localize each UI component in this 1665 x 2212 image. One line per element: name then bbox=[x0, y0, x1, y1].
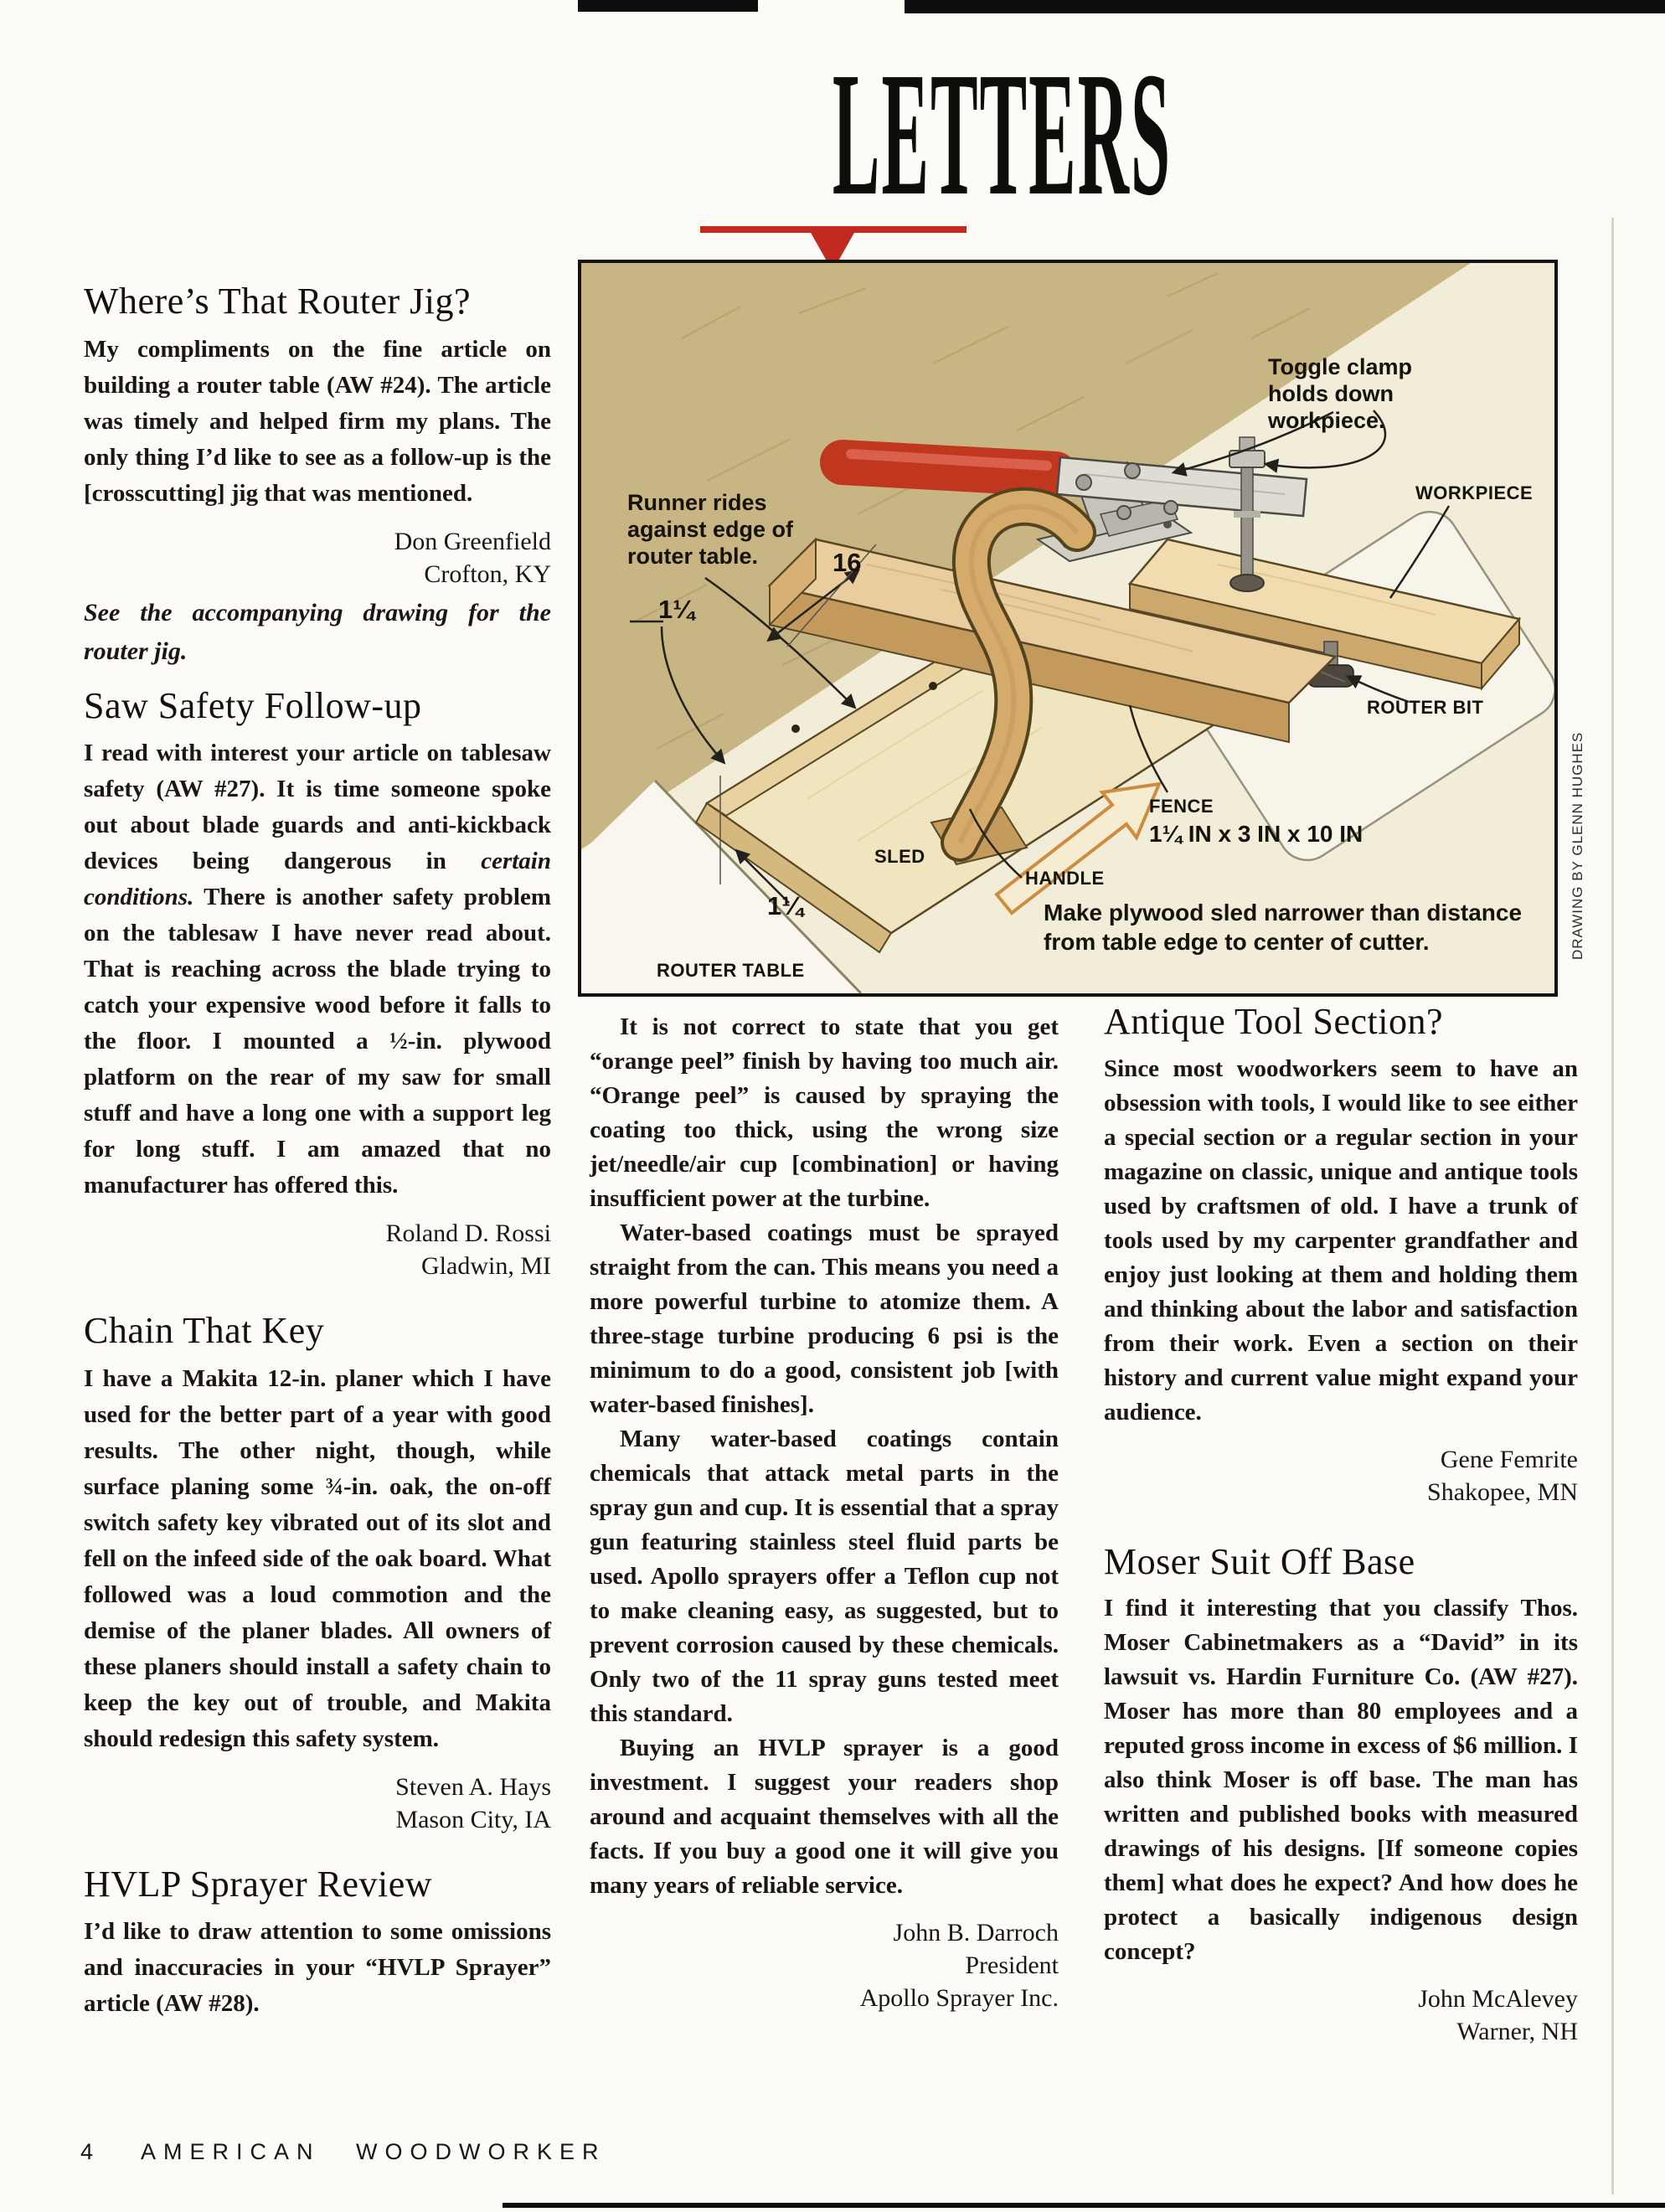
scan-artifact-top-left bbox=[578, 0, 758, 12]
letter-signature: John McAlevey Warner, NH bbox=[1104, 1983, 1578, 2048]
letter-body: I have a Makita 12-in. planer which I ha… bbox=[84, 1361, 551, 1757]
column-right: Antique Tool Section? Since most woodwor… bbox=[1104, 1002, 1578, 2051]
letter-body: I read with interest your article on tab… bbox=[84, 735, 551, 1204]
label-dim-runner: 1¼ bbox=[658, 596, 694, 623]
label-handle: HANDLE bbox=[1025, 868, 1105, 889]
label-fence-size: 1¼ IN x 3 IN x 10 IN bbox=[1149, 821, 1363, 848]
masthead: LETTERS bbox=[578, 44, 1097, 228]
letter-body: My compliments on the fine article on bu… bbox=[84, 332, 551, 512]
column-left: Where’s That Router Jig? My compliments … bbox=[84, 281, 551, 2022]
letter-heading: Chain That Key bbox=[84, 1311, 551, 1351]
label-router-table: ROUTER TABLE bbox=[657, 960, 805, 982]
page-title: LETTERS bbox=[832, 44, 1172, 224]
letter-heading: Antique Tool Section? bbox=[1104, 1002, 1578, 1042]
letter-heading: HVLP Sprayer Review bbox=[84, 1864, 551, 1905]
footer-magazine-title: AMERICAN WOODWORKER bbox=[141, 2139, 606, 2164]
label-workpiece: WORKPIECE bbox=[1415, 482, 1533, 504]
footer-page-number: 4 bbox=[80, 2139, 101, 2164]
letter-body: I find it interesting that you classify … bbox=[1104, 1591, 1578, 1969]
letter-signature: Steven A. Hays Mason City, IA bbox=[84, 1771, 551, 1836]
letter-body: I’d like to draw attention to some omiss… bbox=[84, 1914, 551, 2022]
letter-body: Since most woodworkers seem to have an o… bbox=[1104, 1052, 1578, 1430]
label-sled-note: Make plywood sled narrower than distance… bbox=[1044, 898, 1546, 956]
letter-heading: Where’s That Router Jig? bbox=[84, 281, 551, 322]
scan-artifact-top-right bbox=[905, 0, 1665, 13]
letter-block: Antique Tool Section? Since most woodwor… bbox=[1104, 1002, 1578, 1508]
reply-paragraph: Water-based coatings must be sprayed str… bbox=[590, 1216, 1059, 1422]
reply-paragraph: Buying an HVLP sprayer is a good investm… bbox=[590, 1731, 1059, 1903]
letter-heading: Moser Suit Off Base bbox=[1104, 1542, 1578, 1582]
letter-block: Moser Suit Off Base I find it interestin… bbox=[1104, 1542, 1578, 2049]
letter-heading: Saw Safety Follow-up bbox=[84, 686, 551, 726]
drawing-credit: DRAWING BY GLENN HUGHES bbox=[1570, 732, 1586, 960]
letter-signature: Gene Femrite Shakopee, MN bbox=[1104, 1443, 1578, 1508]
reply-paragraph: Many water-based coatings contain chemic… bbox=[590, 1422, 1059, 1731]
label-dim-16: 16 bbox=[832, 549, 861, 576]
scan-artifact-bottom bbox=[503, 2203, 1665, 2208]
scan-edge-right bbox=[1611, 218, 1614, 2194]
letter-signature: Roland D. Rossi Gladwin, MI bbox=[84, 1217, 551, 1282]
letter-block: Saw Safety Follow-up I read with interes… bbox=[84, 686, 551, 1283]
label-sled: SLED bbox=[874, 846, 925, 868]
letter-block: Chain That Key I have a Makita 12-in. pl… bbox=[84, 1311, 551, 1836]
clamp-foot bbox=[1230, 575, 1264, 591]
label-dim-overhang: 1¼ bbox=[767, 893, 803, 920]
clamp-spindle bbox=[1241, 462, 1253, 581]
letter-block: Where’s That Router Jig? My compliments … bbox=[84, 281, 551, 590]
letter-block: HVLP Sprayer Review I’d like to draw att… bbox=[84, 1864, 551, 2023]
label-toggle-clamp: Toggle clamp holds down workpiece. bbox=[1268, 353, 1477, 434]
label-runner: Runner rides against edge of router tabl… bbox=[627, 489, 803, 570]
column-middle: It is not correct to state that you get … bbox=[590, 1010, 1059, 2018]
magazine-page: { "masthead": { "title": "LETTERS" }, "c… bbox=[0, 0, 1665, 2212]
router-jig-illustration: Toggle clamp holds down workpiece. WORKP… bbox=[578, 260, 1558, 997]
letter-signature: Don Greenfield Crofton, KY bbox=[84, 525, 551, 590]
editor-note: See the accompanying drawing for the rou… bbox=[84, 594, 551, 671]
page-footer: 4AMERICAN WOODWORKER bbox=[80, 2139, 606, 2165]
reply-paragraph: It is not correct to state that you get … bbox=[590, 1010, 1059, 1216]
reply-signature: John B. Darroch President Apollo Sprayer… bbox=[590, 1916, 1059, 2014]
label-router-bit: ROUTER BIT bbox=[1367, 697, 1483, 719]
label-fence: FENCE bbox=[1149, 796, 1214, 817]
